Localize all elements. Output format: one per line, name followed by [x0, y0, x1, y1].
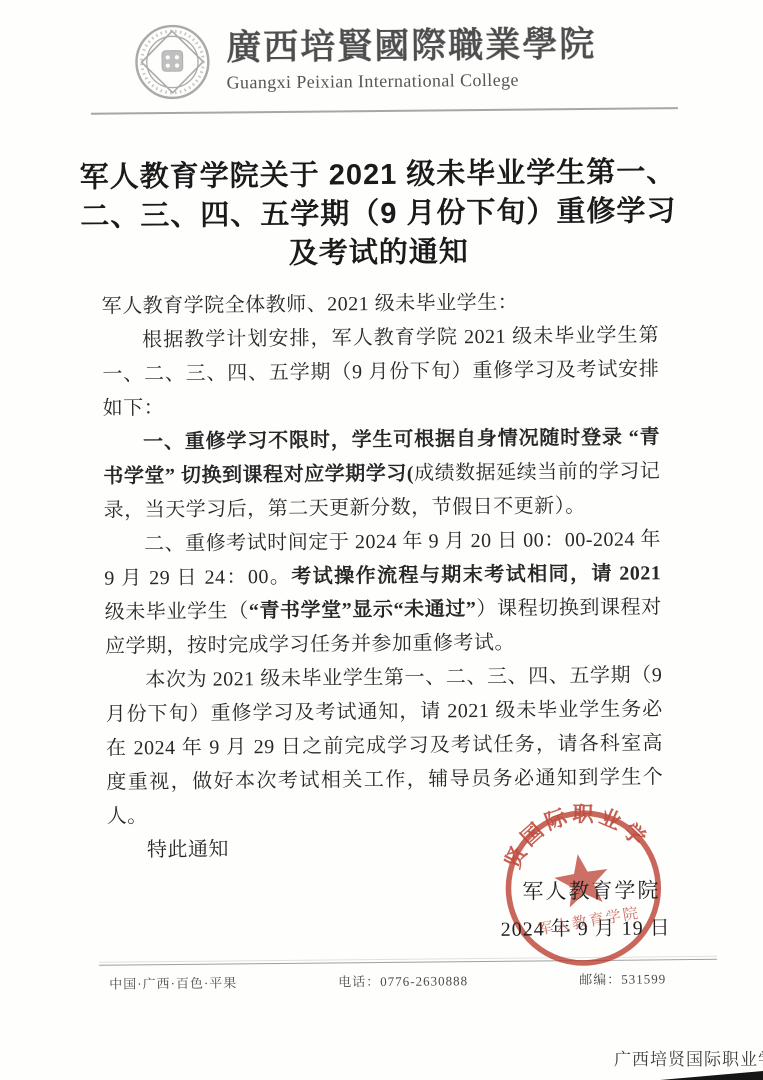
- notice-title-line: 军人教育学院关于 2021 级未毕业学生第一、: [56, 153, 699, 198]
- scanned-sheet: 廣西培賢國際職業學院 Guangxi Peixian International…: [0, 0, 763, 1080]
- salutation-line: 军人教育学院全体教师、2021 级未毕业学生：: [102, 284, 659, 323]
- college-name-english: Guangxi Peixian International College: [226, 68, 596, 94]
- paragraph-run-bold: 考试操作流程与期末考试相同，请 2021: [291, 562, 661, 588]
- letterhead: 廣西培賢國際職業學院 Guangxi Peixian International…: [133, 19, 597, 101]
- paragraph-run-bold: “青书学堂”显示“未通过”: [249, 598, 477, 622]
- letterhead-divider: [91, 107, 678, 115]
- letterhead-text: 廣西培賢國際職業學院 Guangxi Peixian International…: [226, 19, 597, 94]
- notice-title-line: 二、三、四、五学期（9 月份下旬）重修学习: [57, 192, 700, 237]
- signature-date: 2024 年 9 月 19 日: [501, 911, 671, 942]
- paragraph-run: 特此通知: [147, 838, 229, 861]
- paragraph-run: 根据教学计划安排，军人教育学院 2021 级未毕业学生第一、二、三、四、五学期（…: [102, 324, 659, 419]
- paragraph-run: 级未毕业学生（: [105, 600, 249, 623]
- college-name-chinese: 廣西培賢國際職業學院: [226, 25, 596, 69]
- image-watermark: 广西培贤国际职业学院: [614, 1045, 763, 1070]
- college-seal-logo: [133, 23, 212, 102]
- footer-phone: 电话：0776-2630888: [338, 970, 468, 990]
- notice-paragraph: 一、重修学习不限时，学生可根据自身情况随时登录 “青书学堂” 切换到课程对应学期…: [103, 420, 661, 527]
- signature-department: 军人教育学院: [522, 874, 660, 905]
- notice-paragraphs: 根据教学计划安排，军人教育学院 2021 级未毕业学生第一、二、三、四、五学期（…: [102, 318, 664, 867]
- scan-corner-artifact: [660, 1071, 763, 1080]
- notice-title-line: 及考试的通知: [57, 231, 700, 276]
- notice-paragraph: 根据教学计划安排，军人教育学院 2021 级未毕业学生第一、二、三、四、五学期（…: [102, 318, 660, 425]
- notice-body: 军人教育学院全体教师、2021 级未毕业学生： 根据教学计划安排，军人教育学院 …: [102, 284, 665, 867]
- scanned-notice-page: 廣西培賢國際職業學院 Guangxi Peixian International…: [0, 0, 763, 1080]
- notice-title: 军人教育学院关于 2021 级未毕业学生第一、二、三、四、五学期（9 月份下旬）…: [56, 153, 700, 276]
- footer-location: 中国·广西·百色·平果: [109, 972, 237, 992]
- notice-paragraph: 二、重修考试时间定于 2024 年 9 月 20 日 00：00-2024 年 …: [104, 522, 662, 663]
